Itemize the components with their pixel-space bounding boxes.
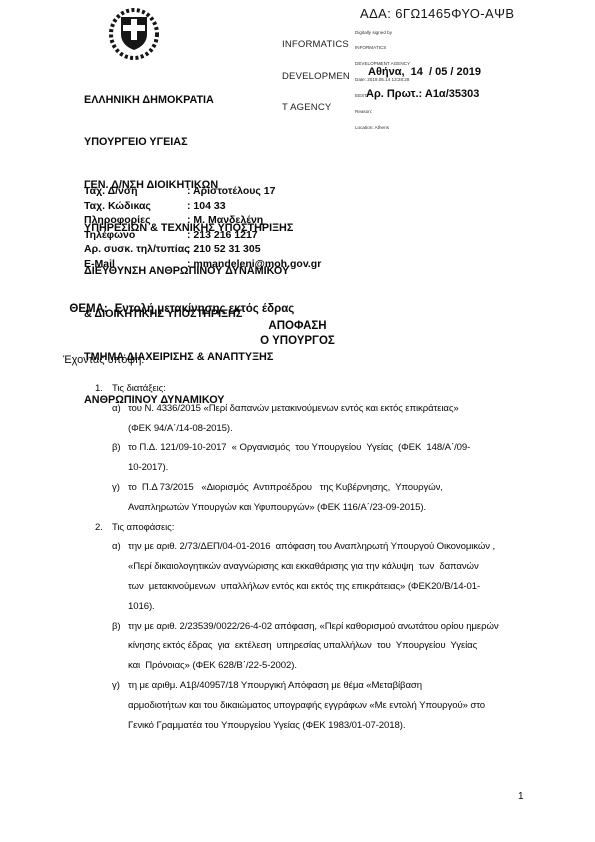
sub-item: α) του Ν. 4336/2015 «Περί δαπανών μετακι…	[112, 399, 520, 439]
contact-value: : 210 52 31 305	[187, 242, 261, 257]
contact-row: Πληροφορίες : Μ. Μανδελένη	[84, 213, 321, 228]
list-item-label: Τις διατάξεις:	[112, 379, 166, 399]
contact-value: : Μ. Μανδελένη	[187, 213, 263, 228]
contact-label: E-Mail	[84, 257, 187, 272]
digital-signature-stamp: INFORMATICS DEVELOPMEN T AGENCY Digitall…	[282, 19, 410, 141]
sub-item-line: την με αριθ. 2/23539/0022/26-4-02 απόφασ…	[128, 617, 520, 637]
sub-item-line: το Π.Δ 73/2015 «Διορισμός Αντιπροέδρου τ…	[128, 478, 520, 498]
decision-heading: ΑΠΟΦΑΣΗ Ο ΥΠΟΥΡΓΟΣ	[0, 319, 595, 348]
contact-block: Ταχ. Δ/νση : Αριστοτέλους 17 Ταχ. Κώδικα…	[84, 184, 321, 271]
sub-item-line: αρμοδιοτήτων και του δικαιώματος υπογραφ…	[128, 696, 520, 716]
sub-item-letter: β)	[112, 617, 128, 676]
sub-item: β) το Π.Δ. 121/09-10-2017 « Οργανισμός τ…	[112, 438, 520, 478]
sub-item: γ) το Π.Δ 73/2015 «Διορισμός Αντιπροέδρο…	[112, 478, 520, 518]
sub-item-line: (ΦΕΚ 94/Α΄/14-08-2015).	[128, 419, 520, 439]
list-item-label: Τις αποφάσεις:	[112, 518, 174, 538]
subject-text: Εντολή μετακίνησης εκτός έδρας	[115, 303, 295, 315]
sub-item-line: των μετακινούμενων υπαλλήλων εντός και ε…	[128, 577, 520, 597]
list-item-number: 2.	[95, 518, 112, 538]
list-item-number: 1.	[95, 379, 112, 399]
sub-item-line: 1016).	[128, 597, 520, 617]
sub-item-line: την με αριθ. 2/73/ΔΕΠ/04-01-2016 απόφαση…	[128, 537, 520, 557]
contact-label: Πληροφορίες	[84, 213, 187, 228]
contact-row: Τηλέφωνο : 213 216 1217	[84, 228, 321, 243]
contact-value: : 104 33	[187, 199, 226, 214]
sub-item-line: του Ν. 4336/2015 «Περί δαπανών μετακινού…	[128, 399, 520, 419]
having-list: 1. Τις διατάξεις: α) του Ν. 4336/2015 «Π…	[95, 379, 520, 735]
org-line: ΥΠΟΥΡΓΕΙΟ ΥΓΕΙΑΣ	[84, 135, 293, 149]
sub-item-line: Αναπληρωτών Υπουργών και Υφυπουργών» (ΦΕ…	[128, 498, 520, 518]
decision-subtitle: Ο ΥΠΟΥΡΓΟΣ	[0, 334, 595, 349]
contact-row: Ταχ. Κώδικας : 104 33	[84, 199, 321, 214]
sub-item-letter: α)	[112, 537, 128, 616]
page-number: 1	[518, 791, 524, 802]
sub-item-letter: γ)	[112, 478, 128, 518]
contact-row: Ταχ. Δ/νση : Αριστοτέλους 17	[84, 184, 321, 199]
sub-item-line: και Πρόνοιας» (ΦΕΚ 628/Β΄/22-5-2002).	[128, 656, 520, 676]
decision-title: ΑΠΟΦΑΣΗ	[0, 319, 595, 334]
sub-item: γ) τη με αριθμ. Α1β/40957/18 Υπουργική Α…	[112, 676, 520, 735]
sub-item-letter: γ)	[112, 676, 128, 735]
sub-item-letter: β)	[112, 438, 128, 478]
contact-label: Ταχ. Κώδικας	[84, 199, 187, 214]
contact-row: E-Mail : mmandeleni@moh.gov.gr	[84, 257, 321, 272]
sub-item-letter: α)	[112, 399, 128, 439]
document-page: { "page": { "ada": "ΑΔΑ: 6ΓΩ1465ΦΥΟ-ΑΨΒ"…	[0, 0, 595, 842]
contact-label: Αρ. συσκ. τηλ/τυπίας	[84, 242, 187, 257]
contact-value: : Αριστοτέλους 17	[187, 184, 275, 199]
list-item: 2. Τις αποφάσεις:	[95, 518, 520, 538]
sub-item: α) την με αριθ. 2/73/ΔΕΠ/04-01-2016 απόφ…	[112, 537, 520, 616]
sub-item-line: το Π.Δ. 121/09-10-2017 « Οργανισμός του …	[128, 438, 520, 458]
sub-item-line: κίνησης εκτός έδρας για εκτέλεση υπηρεσί…	[128, 636, 520, 656]
contact-label: Ταχ. Δ/νση	[84, 184, 187, 199]
sub-item-line: «Περί δικαιολογητικών αναγνώρισης και εκ…	[128, 557, 520, 577]
contact-label: Τηλέφωνο	[84, 228, 187, 243]
subject-line: ΘΕΜΑ:Εντολή μετακίνησης εκτός έδρας	[63, 291, 294, 315]
contact-value: : 213 216 1217	[187, 228, 258, 243]
sub-item-line: τη με αριθμ. Α1β/40957/18 Υπουργική Απόφ…	[128, 676, 520, 696]
contact-row: Αρ. συσκ. τηλ/τυπίας : 210 52 31 305	[84, 242, 321, 257]
sub-item-line: Γενικό Γραμματέα του Υπουργείου Υγείας (…	[128, 716, 520, 736]
protocol-number: Αρ. Πρωτ.: Α1α/35303	[366, 88, 479, 100]
city-date: Αθήνα, 14 / 05 / 2019	[368, 66, 481, 78]
stamp-signature-details: Digitally signed by INFORMATICS DEVELOPM…	[355, 19, 410, 141]
greek-emblem-icon	[102, 6, 166, 64]
subject-label: ΘΕΜΑ:	[69, 303, 107, 315]
list-item: 1. Τις διατάξεις:	[95, 379, 520, 399]
org-line: ΕΛΛΗΝΙΚΗ ΔΗΜΟΚΡΑΤΙΑ	[84, 93, 293, 107]
preamble: Έχοντας υπόψη:	[63, 354, 144, 366]
sub-item: β) την με αριθ. 2/23539/0022/26-4-02 από…	[112, 617, 520, 676]
sub-item-line: 10-2017).	[128, 458, 520, 478]
contact-value: : mmandeleni@moh.gov.gr	[187, 257, 321, 272]
